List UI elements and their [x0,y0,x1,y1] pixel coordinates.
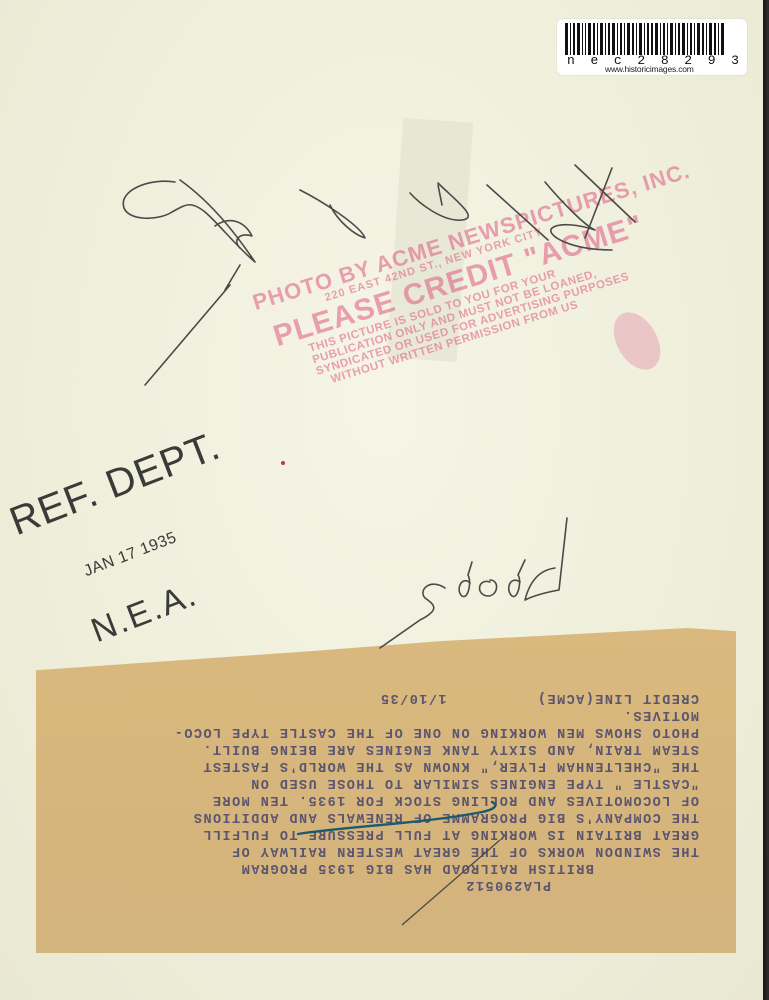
signature-stroke [487,185,548,240]
handwriting-overlay [0,0,769,1000]
catalog-number-stroke [459,562,472,597]
signature-stroke [300,190,365,238]
ink-dot [281,461,285,465]
scan-edge [763,0,766,1000]
blue-pencil-underline [298,802,495,834]
signature-stroke [215,221,252,248]
catalog-number-stroke [509,560,525,597]
pencil-line [402,840,500,925]
catalog-number-stroke [525,518,567,600]
signature-stroke [438,185,442,205]
catalog-number-stroke [380,584,445,648]
signature-stroke [575,165,635,222]
catalog-number-stroke [480,580,497,596]
photo-back-sheet: n e c 2 8 2 9 3 www.historicimages.com P… [0,0,766,1000]
pencil-line [145,265,240,385]
